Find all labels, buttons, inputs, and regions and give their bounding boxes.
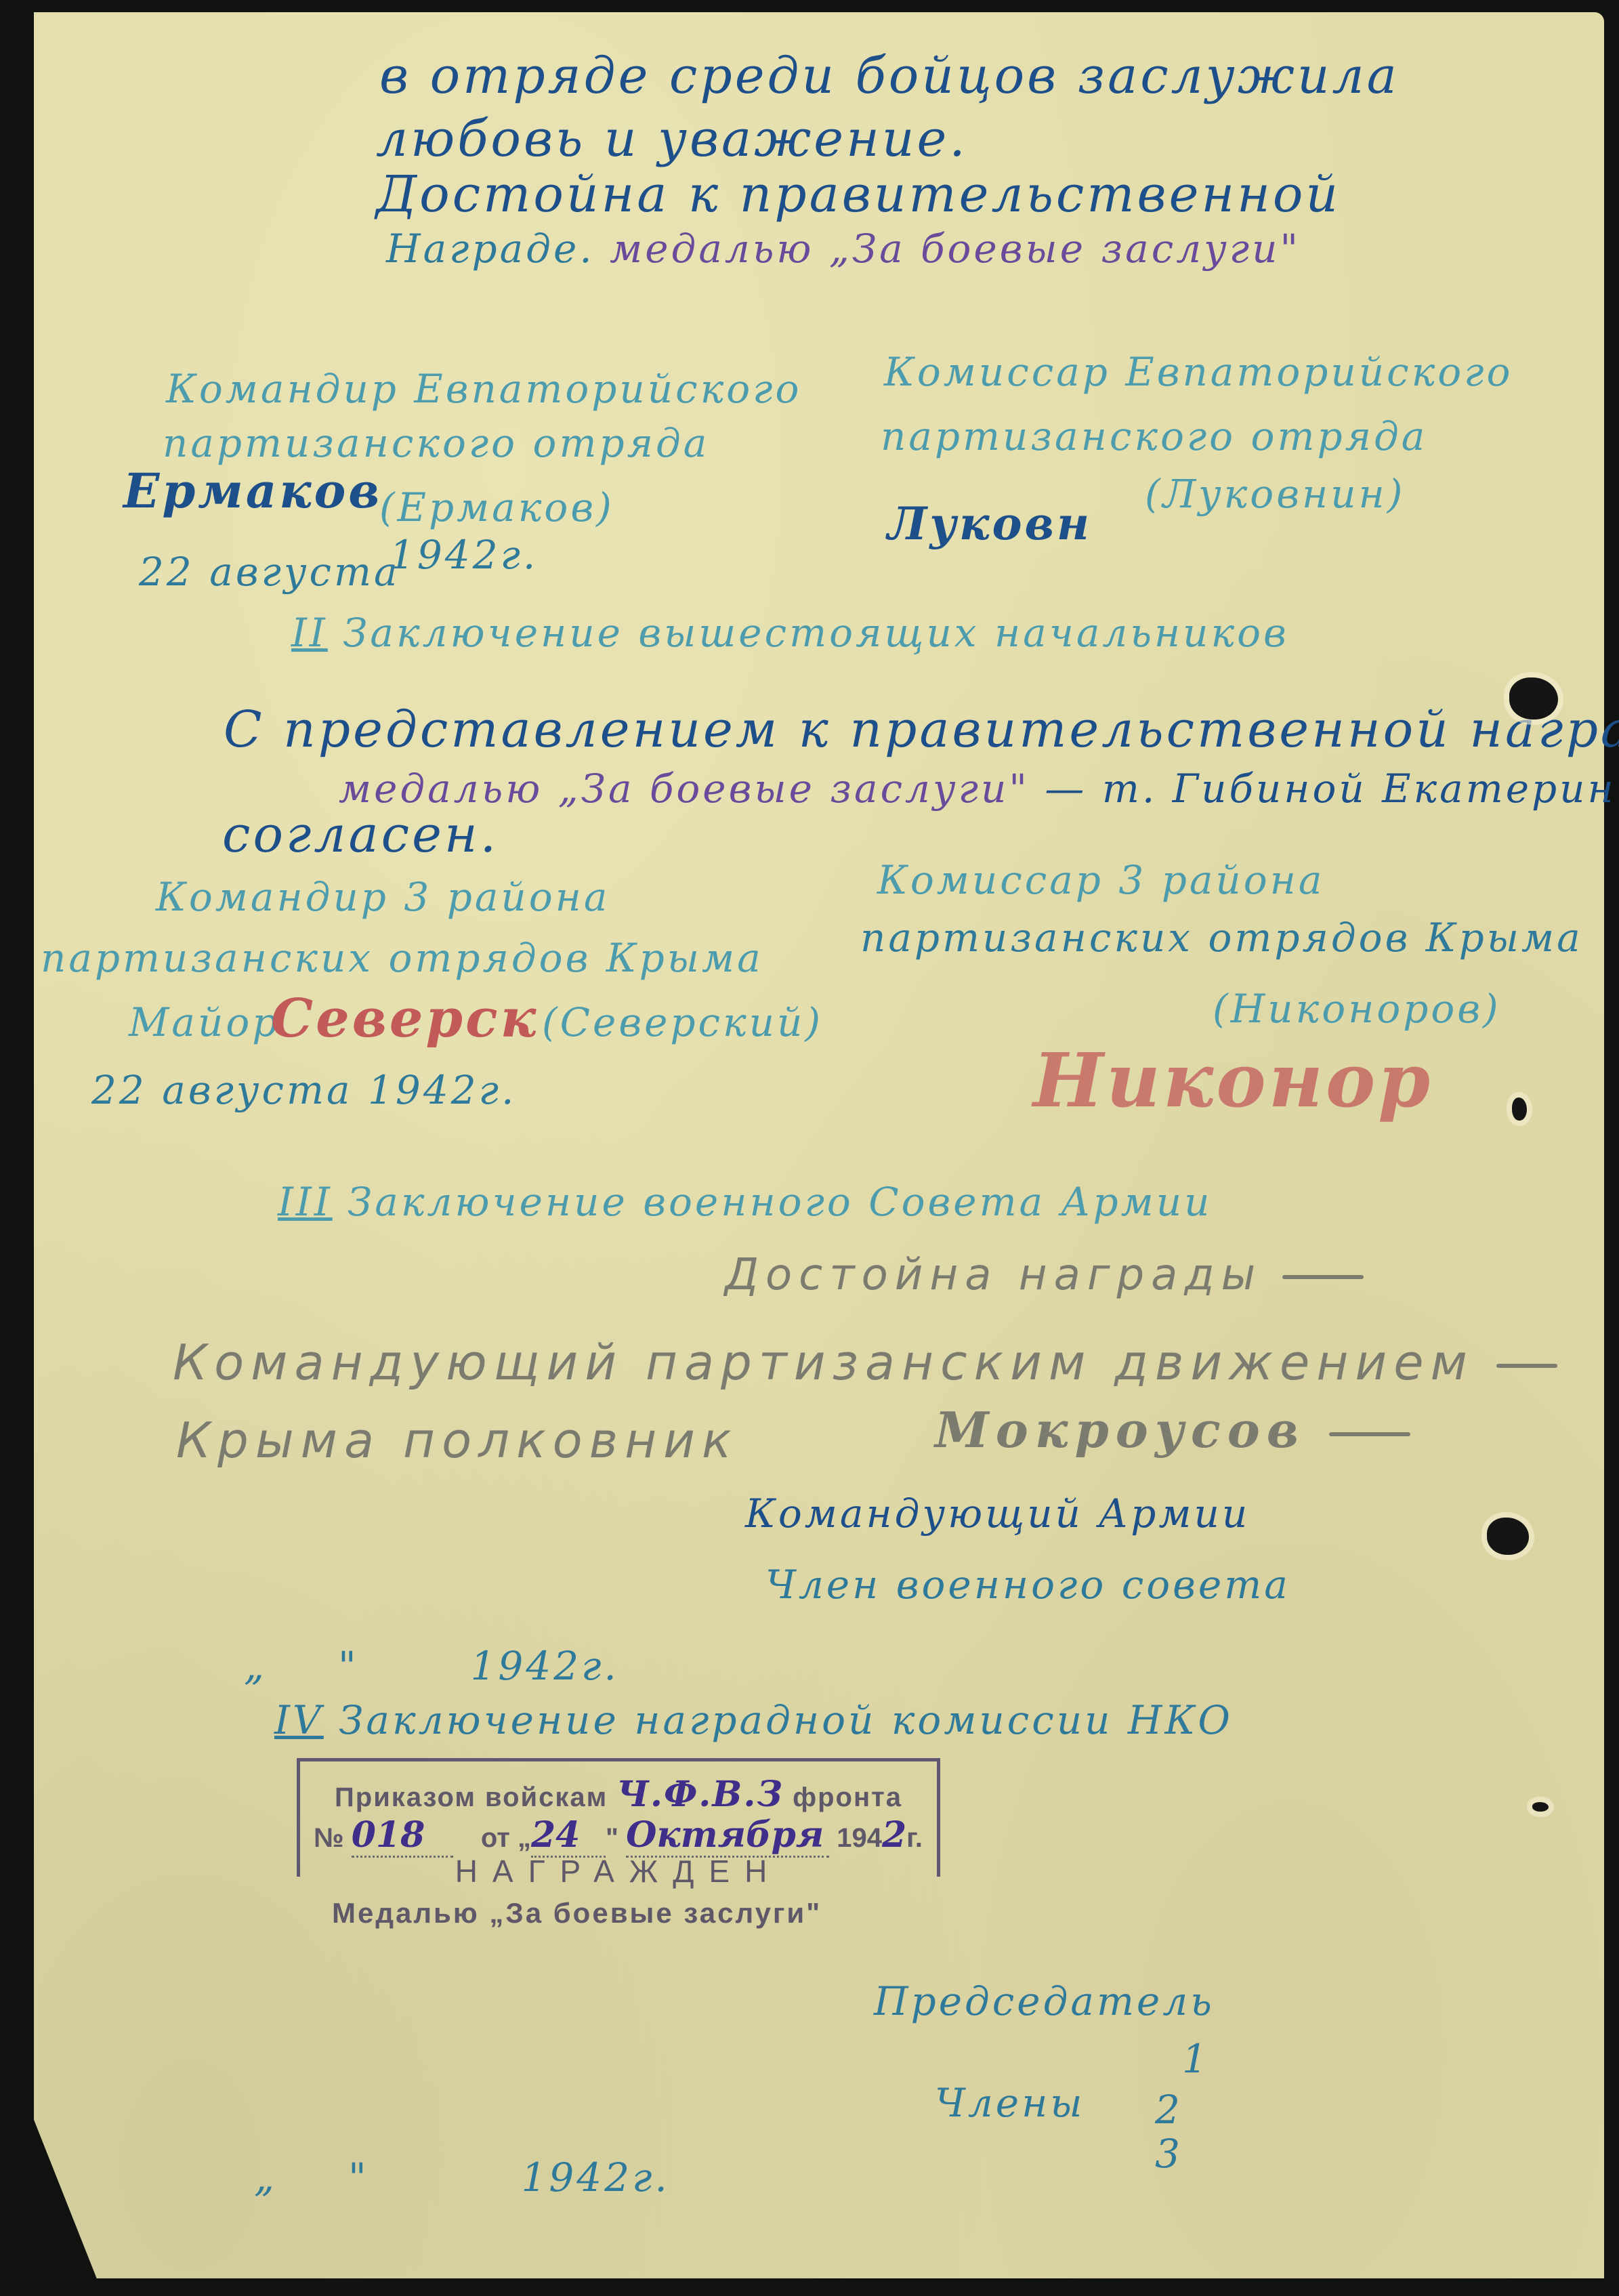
partisan-commander-title: Командующий партизанским движением [173, 1338, 1557, 1387]
stamp-order-suffix: фронта [793, 1782, 902, 1812]
stamp-order-number: 018 [352, 1814, 453, 1858]
stamp-number-date-line: № 018 от „24" Октября 1942г. [300, 1814, 950, 1858]
commissar-title-line-2: партизанского отряда [881, 417, 1427, 456]
district-commander-title-line-1: Командир 3 района [156, 877, 610, 917]
commissar-signature: Луковн [887, 501, 1092, 546]
member-number-1: 1 [1182, 2039, 1210, 2079]
date-quote-open: „ [244, 1643, 267, 1689]
stamp-front-name: Ч.Ф.В.З [616, 1774, 784, 1815]
military-council-decision: Достойна награды [725, 1253, 1364, 1297]
stamp-number-label: № [314, 1823, 344, 1853]
section-two-award-name: медалью „За боевые заслуги" [339, 766, 1030, 812]
punch-hole [1509, 677, 1558, 719]
commission-members-label: Члены [935, 2083, 1085, 2123]
section-one-date-year: 1942г. [390, 535, 538, 575]
section-four-date-year: 1942г. [522, 2154, 670, 2200]
section-four-heading-text: Заключение наградной комиссии НКО [339, 1697, 1233, 1743]
punch-hole [1487, 1518, 1529, 1555]
section-three-date-year: 1942г. [471, 1643, 619, 1689]
commander-signature: Ермаков [123, 467, 382, 515]
district-commissar-name: (Никоноров) [1213, 989, 1501, 1028]
stamp-year-prefix: 194 [837, 1823, 882, 1853]
military-council-member-label: Член военного совета [765, 1565, 1290, 1604]
date-quote-close: " [348, 2154, 369, 2200]
section-four-heading: IV Заключение наградной комиссии НКО [274, 1700, 1233, 1740]
military-council-decision-text: Достойна награды [725, 1250, 1262, 1300]
stamp-order-month: Октября [626, 1814, 829, 1858]
section-three-date: „ " 1942г. [244, 1646, 619, 1686]
partisan-commander-rank: Крыма полковник [176, 1416, 738, 1465]
stamp-order-prefix: Приказом войскам [335, 1782, 608, 1812]
stamp-order-day: 24 [531, 1814, 606, 1858]
punch-hole [1512, 1098, 1527, 1121]
district-commander-title-line-2: партизанских отрядов Крыма [41, 938, 763, 978]
district-commissar-title-line-1: Комиссар 3 района [877, 860, 1324, 900]
army-commander-label: Командующий Армии [745, 1494, 1250, 1533]
stamp-awarded: НАГРАЖДЕН [300, 1853, 937, 1890]
section-two-body-line-1: С представлением к правительственной наг… [224, 705, 1619, 755]
stamp-order-line: Приказом войскам Ч.Ф.В.З фронта [300, 1774, 937, 1815]
section-two-recipient: — т. Гибиной Екатерины Елена [1045, 766, 1619, 812]
member-number-2: 2 [1155, 2090, 1183, 2129]
section-three-heading-text: Заключение военного Совета Армии [348, 1179, 1212, 1225]
district-commissar-title-line-2: партизанских отрядов Крыма [860, 918, 1583, 957]
characteristic-line-4: Награде. медалью „За боевые заслуги" [386, 229, 1301, 268]
section-two-date: 22 августа 1942г. [91, 1070, 516, 1110]
commander-title-line-2: партизанского отряда [163, 423, 709, 463]
section-two-body-line-2: медалью „За боевые заслуги" — т. Гибиной… [339, 769, 1619, 808]
characteristic-line-1: в отряде среди бойцов заслужила [379, 51, 1400, 101]
partisan-commander-title-text: Командующий партизанским движением [173, 1334, 1474, 1391]
section-two-numeral: II [291, 610, 328, 656]
commander-name: (Ермаков) [379, 488, 614, 527]
partisan-commander-signature-text: Мокроусов [935, 1401, 1305, 1459]
commissar-title-line-1: Комиссар Евпаторийского [884, 352, 1513, 392]
commander-title-line-1: Командир Евпаторийского [166, 369, 801, 409]
stamp-year-suffix: г. [906, 1823, 923, 1853]
section-two-heading: II Заключение вышестоящих начальников [291, 613, 1289, 652]
award-name: медалью „За боевые заслуги" [610, 226, 1301, 272]
pencil-dash [1329, 1432, 1410, 1436]
district-commander-signature: Северск [271, 993, 539, 1045]
section-four-date: „ " 1942г. [254, 2158, 670, 2197]
stamp-year-fill: 2 [882, 1814, 906, 1856]
district-commissar-signature: Никонор [1033, 1043, 1433, 1118]
member-number-3: 3 [1155, 2134, 1183, 2173]
stamp-award-name: Медалью „За боевые заслуги" [332, 1897, 822, 1929]
pencil-dash [1496, 1364, 1557, 1368]
section-two-agreement: согласен. [222, 810, 499, 860]
pencil-dash [1282, 1275, 1364, 1279]
stamp-from-label: от [481, 1823, 510, 1853]
section-three-heading: III Заключение военного Совета Армии [278, 1182, 1212, 1222]
punch-hole [1532, 1802, 1549, 1812]
commission-chairman-label: Председатель [874, 1982, 1215, 2021]
date-quote-close: " [338, 1643, 359, 1689]
section-four-numeral: IV [274, 1697, 324, 1743]
section-one-date-day: 22 августа [139, 552, 400, 591]
characteristic-line-2: любовь и уважение. [376, 114, 968, 164]
district-commander-name: (Северский) [542, 1003, 823, 1042]
district-commander-rank: Майор [129, 1003, 280, 1042]
partisan-commander-signature: Мокроусов [935, 1406, 1410, 1455]
award-recommendation-prefix: Награде. [386, 226, 595, 272]
characteristic-line-3: Достойна к правительственной [376, 169, 1341, 220]
commissar-name: (Луковнин) [1145, 474, 1405, 514]
section-three-numeral: III [278, 1179, 333, 1225]
award-order-stamp: Приказом войскам Ч.Ф.В.З фронта № 018 от… [297, 1758, 940, 1877]
section-two-heading-text: Заключение вышестоящих начальников [343, 610, 1289, 656]
date-quote-open: „ [254, 2154, 277, 2200]
